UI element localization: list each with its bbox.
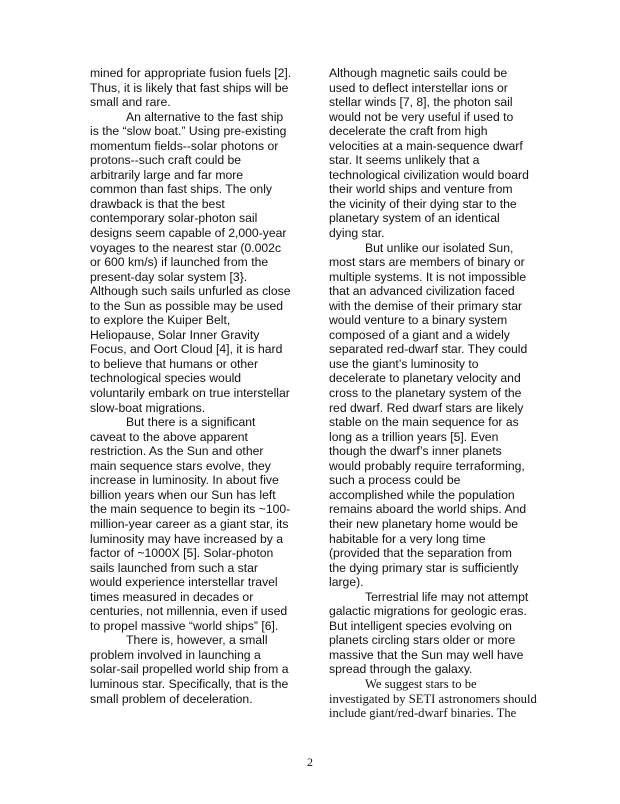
text-line: Focus, and Oort Cloud [4], it is hard bbox=[90, 342, 305, 357]
text-line: with the demise of their primary star bbox=[329, 299, 544, 314]
text-line: Heliopause, Solar Inner Gravity bbox=[90, 328, 305, 343]
text-line: An alternative to the fast ship bbox=[90, 110, 305, 125]
text-line: that an advanced civilization faced bbox=[329, 284, 544, 299]
text-line: arbitrarily large and far more bbox=[90, 168, 305, 183]
text-line: factor of ~1000X [5]. Solar-photon bbox=[90, 546, 305, 561]
text-line: remains aboard the world ships. And bbox=[329, 502, 544, 517]
text-line: though the dwarf’s inner planets bbox=[329, 444, 544, 459]
text-line: planetary system of an identical bbox=[329, 211, 544, 226]
text-line: massive that the Sun may well have bbox=[329, 648, 544, 663]
text-line: But there is a significant bbox=[90, 415, 305, 430]
text-line: would venture to a binary system bbox=[329, 313, 544, 328]
text-line: dying star. bbox=[329, 226, 544, 241]
text-line: composed of a giant and a widely bbox=[329, 328, 544, 343]
right-column: Although magnetic sails could beused to … bbox=[329, 66, 544, 721]
text-line: drawback is that the best bbox=[90, 197, 305, 212]
text-line: long as a trillion years [5]. Even bbox=[329, 430, 544, 445]
text-line: small and rare. bbox=[90, 95, 305, 110]
text-line: stable on the main sequence for as bbox=[329, 415, 544, 430]
text-line: solar-sail propelled world ship from a bbox=[90, 662, 305, 677]
text-line: voyages to the nearest star (0.002c bbox=[90, 241, 305, 256]
text-line: billion years when our Sun has left bbox=[90, 488, 305, 503]
text-line: decelerate the craft from high bbox=[329, 124, 544, 139]
text-line: common than fast ships. The only bbox=[90, 182, 305, 197]
text-line: habitable for a very long time bbox=[329, 532, 544, 547]
text-line: separated red-dwarf star. They could bbox=[329, 342, 544, 357]
text-line: present-day solar system [3}. bbox=[90, 270, 305, 285]
text-line: to the Sun as possible may be used bbox=[90, 299, 305, 314]
text-line: the dying primary star is sufficiently bbox=[329, 561, 544, 576]
text-line: technological species would bbox=[90, 371, 305, 386]
text-line: red dwarf. Red dwarf stars are likely bbox=[329, 401, 544, 416]
text-line: Although magnetic sails could be bbox=[329, 66, 544, 81]
text-line: caveat to the above apparent bbox=[90, 430, 305, 445]
text-line: multiple systems. It is not impossible bbox=[329, 270, 544, 285]
text-line: the main sequence to begin its ~100- bbox=[90, 502, 305, 517]
text-line: designs seem capable of 2,000-year bbox=[90, 226, 305, 241]
text-line: times measured in decades or bbox=[90, 590, 305, 605]
text-line: to believe that humans or other bbox=[90, 357, 305, 372]
text-line: the vicinity of their dying star to the bbox=[329, 197, 544, 212]
text-line: would not be very useful if used to bbox=[329, 110, 544, 125]
text-line: planets circling stars older or more bbox=[329, 633, 544, 648]
text-line: There is, however, a small bbox=[90, 633, 305, 648]
text-line: contemporary solar-photon sail bbox=[90, 211, 305, 226]
text-line: would probably require terraforming, bbox=[329, 459, 544, 474]
text-line: include giant/red-dwarf binaries. The bbox=[329, 706, 544, 721]
text-line: to propel massive “world ships” [6]. bbox=[90, 619, 305, 634]
text-line: But unlike our isolated Sun, bbox=[329, 241, 544, 256]
text-line: accomplished while the population bbox=[329, 488, 544, 503]
text-line: most stars are members of binary or bbox=[329, 255, 544, 270]
text-line: problem involved in launching a bbox=[90, 648, 305, 663]
text-line: But intelligent species evolving on bbox=[329, 619, 544, 634]
text-line: million-year career as a giant star, its bbox=[90, 517, 305, 532]
text-line: main sequence stars evolve, they bbox=[90, 459, 305, 474]
text-line: their world ships and venture from bbox=[329, 182, 544, 197]
text-line: Although such sails unfurled as close bbox=[90, 284, 305, 299]
text-line: their new planetary home would be bbox=[329, 517, 544, 532]
page-number: 2 bbox=[0, 755, 620, 770]
text-line: voluntarily embark on true interstellar bbox=[90, 386, 305, 401]
text-line: used to deflect interstellar ions or bbox=[329, 81, 544, 96]
text-line: protons--such craft could be bbox=[90, 153, 305, 168]
text-line: centuries, not millennia, even if used bbox=[90, 604, 305, 619]
text-line: momentum fields--solar photons or bbox=[90, 139, 305, 154]
text-line: sails launched from such a star bbox=[90, 561, 305, 576]
text-line: star. It seems unlikely that a bbox=[329, 153, 544, 168]
text-line: to explore the Kuiper Belt, bbox=[90, 313, 305, 328]
text-line: slow-boat migrations. bbox=[90, 401, 305, 416]
text-line: luminous star. Specifically, that is the bbox=[90, 677, 305, 692]
text-line: mined for appropriate fusion fuels [2]. bbox=[90, 66, 305, 81]
text-line: small problem of deceleration. bbox=[90, 692, 305, 707]
text-line: cross to the planetary system of the bbox=[329, 386, 544, 401]
text-line: increase in luminosity. In about five bbox=[90, 473, 305, 488]
text-line: luminosity may have increased by a bbox=[90, 532, 305, 547]
text-line: velocities at a main-sequence dwarf bbox=[329, 139, 544, 154]
text-line: is the “slow boat.” Using pre-existing bbox=[90, 124, 305, 139]
text-line: spread through the galaxy. bbox=[329, 662, 544, 677]
text-line: investigated by SETI astronomers should bbox=[329, 692, 544, 707]
text-line: restriction. As the Sun and other bbox=[90, 444, 305, 459]
text-line: galactic migrations for geologic eras. bbox=[329, 604, 544, 619]
text-line: stellar winds [7, 8], the photon sail bbox=[329, 95, 544, 110]
text-line: such a process could be bbox=[329, 473, 544, 488]
left-column: mined for appropriate fusion fuels [2].T… bbox=[90, 66, 305, 706]
text-line: Terrestrial life may not attempt bbox=[329, 590, 544, 605]
text-line: Thus, it is likely that fast ships will … bbox=[90, 81, 305, 96]
text-line: (provided that the separation from bbox=[329, 546, 544, 561]
text-line: decelerate to planetary velocity and bbox=[329, 371, 544, 386]
text-line: large). bbox=[329, 575, 544, 590]
text-line: or 600 km/s) if launched from the bbox=[90, 255, 305, 270]
text-line: would experience interstellar travel bbox=[90, 575, 305, 590]
text-line: use the giant’s luminosity to bbox=[329, 357, 544, 372]
text-line: We suggest stars to be bbox=[329, 677, 544, 692]
text-line: technological civilization would board bbox=[329, 168, 544, 183]
